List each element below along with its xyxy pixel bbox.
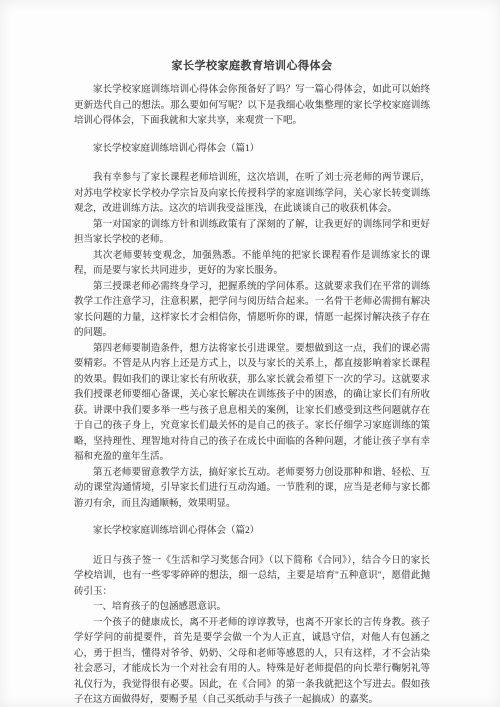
body-paragraph: 一个孩子的健康成长，离不开老师的谆谆教导，也离不开家长的言传身教。孩子学好学问的… <box>74 616 430 707</box>
section-heading: 家长学校家庭训练培训心得体会（篇2） <box>74 524 430 540</box>
body-paragraph: 第五老师要留意教学方法，搞好家长互动。老师要努力创设那种和谐、轻松、互动的课堂沟… <box>74 466 430 513</box>
body-paragraph: 第一对国家的训练方针和训练政策有了深刻的了解，让我更好的训练同学和更好担当家长学… <box>74 218 430 249</box>
document-page: 家长学校家庭教育培训心得体会 家长学校家庭训练培训心得体会你预备好了吗？写一篇心… <box>0 0 500 707</box>
body-paragraph: 家长学校家庭训练培训心得体会你预备好了吗？写一篇心得体会，如此可以始终更新迭代自… <box>74 83 430 130</box>
document-title: 家长学校家庭教育培训心得体会 <box>74 58 430 74</box>
body-paragraph: 我有幸参与了家长课程老师培训班，这次培训，在听了刘士亮老师的两节课后，对苏电学校… <box>74 171 430 218</box>
body-paragraph: 其次老师要转变观念，加强熟悉。不能单纯的把家长课程看作是训练家长的课程，而是要与… <box>74 249 430 280</box>
body-paragraph: 一、培育孩子的包涵感恩意识。 <box>74 600 430 616</box>
body-paragraph: 第三授课老师必需终身学习，把握系统的学问体系。这就要求我们在平常的训练教学工作注… <box>74 280 430 342</box>
body-paragraph: 近日与孩子签一《生活和学习奖惩合同》（以下简称《合同》），结合今日的家长学校培训… <box>74 554 430 601</box>
document-background: { "doc": { "title": "家长学校家庭教育培训心得体会", "t… <box>0 0 500 707</box>
body-paragraph: 第四老师要制造条件，想方法将家长引进课堂。要想做到这一点，我们的课必需要精彩。不… <box>74 342 430 466</box>
section-heading: 家长学校家庭训练培训心得体会（篇1） <box>74 142 430 158</box>
document-body: 家长学校家庭训练培训心得体会你预备好了吗？写一篇心得体会，如此可以始终更新迭代自… <box>74 83 430 707</box>
